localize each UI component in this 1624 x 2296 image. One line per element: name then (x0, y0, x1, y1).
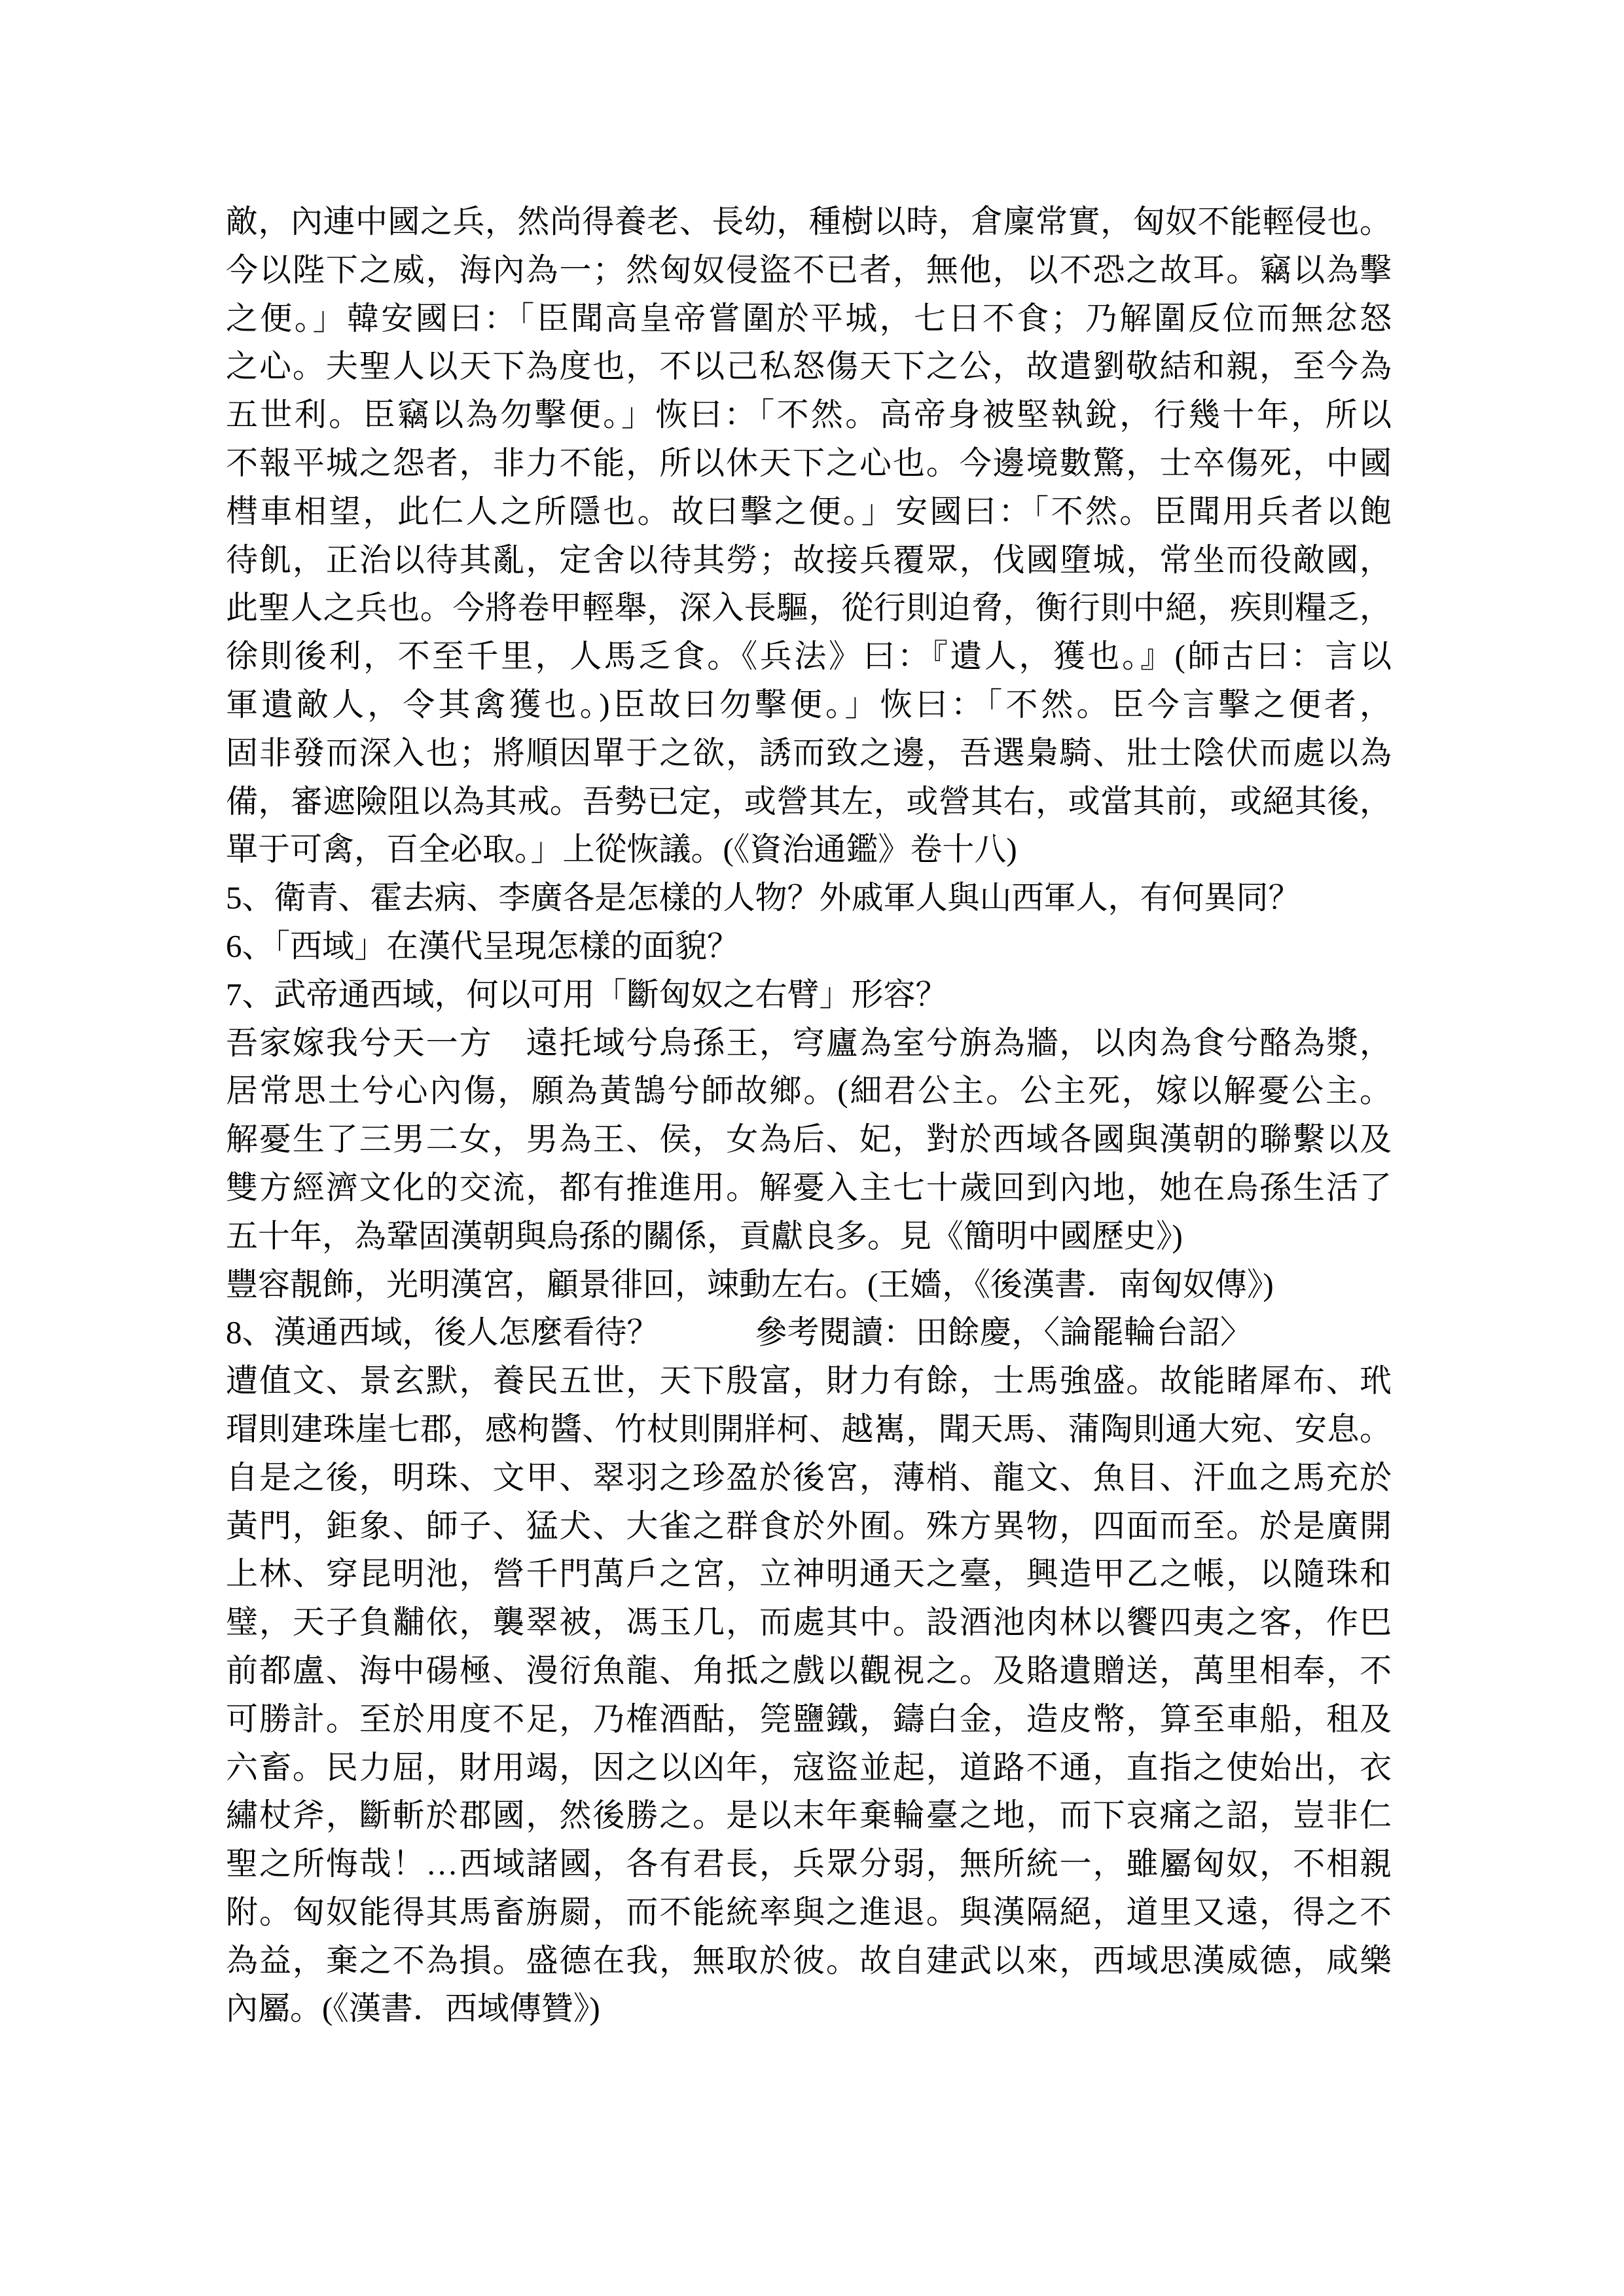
text-line: 五十年，為鞏固漢朝與烏孫的關係，貢獻良多。見《簡明中國歷史》) (226, 1212, 1392, 1261)
text-line: 豐容靚飾，光明漢宮，顧景徘回，竦動左右。(王嬙，《後漢書．南匈奴傳》) (226, 1261, 1392, 1309)
wangqiang-passage: 豐容靚飾，光明漢宮，顧景徘回，竦動左右。(王嬙，《後漢書．南匈奴傳》) (226, 1261, 1392, 1309)
text-line: 待飢，正治以待其亂，定舍以待其勞；故接兵覆眾，伐國墮城，常坐而役敵國， (226, 536, 1392, 584)
hanshu-xiyu-zhuan-passage: 遭值文、景玄默，養民五世，天下殷富，財力有餘，士馬強盛。故能睹犀布、玳瑁則建珠崖… (226, 1357, 1392, 2033)
text-line: 6、「西域」在漢代呈現怎樣的面貌？ (226, 922, 1392, 971)
text-line: 上林、穿昆明池，營千門萬戶之宮，立神明通天之臺，興造甲乙之帳，以隨珠和 (226, 1550, 1392, 1598)
text-line: 徐則後利，不至千里，人馬乏食。《兵法》曰：『遺人，獲也。』(師古曰：言以 (226, 632, 1392, 681)
text-line: 不報平城之怨者，非力不能，所以休天下之心也。今邊境數驚，士卒傷死，中國 (226, 439, 1392, 488)
text-line: 軍遺敵人，令其禽獲也。)臣故曰勿擊便。」恢曰：「不然。臣今言擊之便者， (226, 681, 1392, 729)
text-line: 備，審遮險阻以為其戒。吾勢已定，或營其左，或營其右，或當其前，或絕其後， (226, 778, 1392, 826)
question-5: 5、衛青、霍去病、李廣各是怎樣的人物？外戚軍人與山西軍人，有何異同？ (226, 874, 1392, 922)
text-line: 五世利。臣竊以為勿擊便。」恢曰：「不然。高帝身被堅執銳，行幾十年，所以 (226, 391, 1392, 439)
text-line: 繡杖斧，斷斬於郡國，然後勝之。是以末年棄輪臺之地，而下哀痛之詔，豈非仁 (226, 1791, 1392, 1840)
text-line: 今以陛下之威，海內為一；然匈奴侵盜不已者，無他，以不恐之故耳。竊以為擊 (226, 246, 1392, 295)
text-line: 雙方經濟文化的交流，都有推進用。解憂入主七十歲回到內地，她在烏孫生活了 (226, 1164, 1392, 1212)
text-line: 自是之後，明珠、文甲、翠羽之珍盈於後宮，薄梢、龍文、魚目、汗血之馬充於 (226, 1454, 1392, 1502)
text-line: 7、武帝通西域，何以可用「斷匈奴之右臂」形容？ (226, 971, 1392, 1019)
text-line: 此聖人之兵也。今將卷甲輕舉，深入長驅，從行則迫脅，衡行則中絕，疾則糧乏， (226, 584, 1392, 632)
question-6: 6、「西域」在漢代呈現怎樣的面貌？ (226, 922, 1392, 971)
document-content: 敵，內連中國之兵，然尚得養老、長幼，種樹以時，倉廩常實，匈奴不能輕侵也。今以陛下… (226, 198, 1392, 2033)
question-8: 8、漢通西域，後人怎麼看待？ 參考閱讀：田餘慶，〈論罷輪台詔〉 (226, 1308, 1392, 1357)
text-line: 固非發而深入也；將順因單于之欲，誘而致之邊，吾選梟騎、壯士陰伏而處以為 (226, 729, 1392, 778)
text-line: 槥車相望，此仁人之所隱也。故曰擊之便。」安國曰：「不然。臣聞用兵者以飽 (226, 488, 1392, 536)
text-line: 聖之所悔哉！…西域諸國，各有君長，兵眾分弱，無所統一，雖屬匈奴，不相親 (226, 1840, 1392, 1888)
text-line: 8、漢通西域，後人怎麼看待？ 參考閱讀：田餘慶，〈論罷輪台詔〉 (226, 1308, 1392, 1357)
text-line: 單于可禽，百全必取。」上從恢議。(《資治通鑑》卷十八) (226, 825, 1392, 874)
text-line: 附。匈奴能得其馬畜旃罽，而不能統率與之進退。與漢隔絕，道里又遠，得之不 (226, 1888, 1392, 1937)
text-line: 內屬。(《漢書．西域傳贊》) (226, 1984, 1392, 2033)
text-line: 吾家嫁我兮天一方 遠托域兮烏孫王，穹廬為室兮旃為牆，以肉為食兮酪為漿， (226, 1019, 1392, 1067)
text-line: 敵，內連中國之兵，然尚得養老、長幼，種樹以時，倉廩常實，匈奴不能輕侵也。 (226, 198, 1392, 246)
text-line: 之心。夫聖人以天下為度也，不以己私怒傷天下之公，故遣劉敬結和親，至今為 (226, 342, 1392, 391)
text-line: 瑁則建珠崖七郡，感枸醬、竹杖則開牂柯、越嶲，聞天馬、蒲陶則通大宛、安息。 (226, 1405, 1392, 1454)
text-line: 六畜。民力屈，財用竭，因之以凶年，寇盜並起，道路不通，直指之使始出，衣 (226, 1744, 1392, 1792)
text-line: 居常思土兮心內傷，願為黃鵠兮師故鄉。(細君公主。公主死，嫁以解憂公主。 (226, 1067, 1392, 1115)
text-line: 5、衛青、霍去病、李廣各是怎樣的人物？外戚軍人與山西軍人，有何異同？ (226, 874, 1392, 922)
text-line: 前都盧、海中碭極、漫衍魚龍、角抵之戲以觀視之。及賂遺贈送，萬里相奉，不 (226, 1647, 1392, 1695)
document-page: 敵，內連中國之兵，然尚得養老、長幼，種樹以時，倉廩常實，匈奴不能輕侵也。今以陛下… (0, 0, 1624, 2296)
text-line: 為益，棄之不為損。盛德在我，無取於彼。故自建武以來，西域思漢威德，咸樂 (226, 1937, 1392, 1985)
text-line: 黃門，鉅象、師子、猛犬、大雀之群食於外囿。殊方異物，四面而至。於是廣開 (226, 1502, 1392, 1551)
text-line: 解憂生了三男二女，男為王、侯，女為后、妃，對於西域各國與漢朝的聯繫以及 (226, 1115, 1392, 1164)
zizhi-tongjian-passage: 敵，內連中國之兵，然尚得養老、長幼，種樹以時，倉廩常實，匈奴不能輕侵也。今以陛下… (226, 198, 1392, 874)
question-7: 7、武帝通西域，何以可用「斷匈奴之右臂」形容？ (226, 971, 1392, 1019)
text-line: 可勝計。至於用度不足，乃榷酒酤，筦鹽鐵，鑄白金，造皮幣，算至車船，租及 (226, 1695, 1392, 1744)
text-line: 璧，天子負黼依，襲翠被，馮玉几，而處其中。設酒池肉林以饗四夷之客，作巴 (226, 1598, 1392, 1647)
text-line: 遭值文、景玄默，養民五世，天下殷富，財力有餘，士馬強盛。故能睹犀布、玳 (226, 1357, 1392, 1405)
xijun-princess-poem-passage: 吾家嫁我兮天一方 遠托域兮烏孫王，穹廬為室兮旃為牆，以肉為食兮酪為漿，居常思土兮… (226, 1019, 1392, 1261)
text-line: 之便。」韓安國曰：「臣聞高皇帝嘗圍於平城，七日不食；乃解圍反位而無忿怒 (226, 295, 1392, 343)
